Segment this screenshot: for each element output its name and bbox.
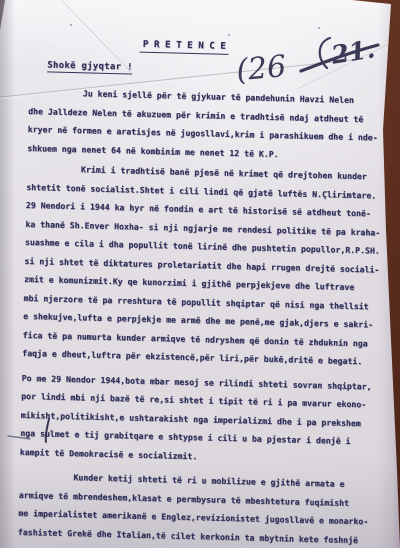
paper-speck [228, 34, 230, 36]
salutation: Shokë gjyqtar ! [47, 60, 133, 74]
paper-speck [70, 24, 72, 26]
document-title: P R E T E N C E [140, 39, 229, 55]
document-page: P R E T E N C E Shokë gjyqtar ! Ju keni … [0, 0, 400, 548]
document-text-block: P R E T E N C E Shokë gjyqtar ! Ju keni … [18, 36, 394, 548]
body-text: Ju keni sjellë për të gjykuar të pandehu… [18, 36, 394, 548]
paper-speck [318, 27, 320, 29]
photo-background: P R E T E N C E Shokë gjyqtar ! Ju keni … [0, 0, 400, 548]
